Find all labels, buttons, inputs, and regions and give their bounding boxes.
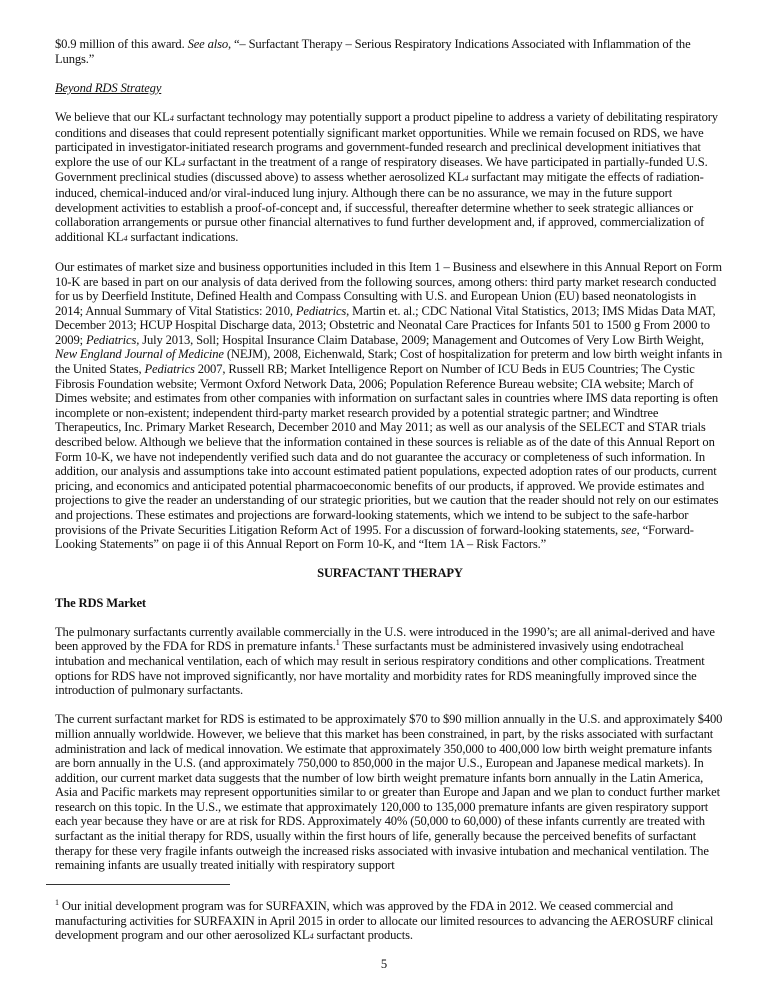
rds-market-subheading: The RDS Market (55, 596, 725, 611)
footnote-divider (46, 884, 230, 885)
intro-paragraph: $0.9 million of this award. See also, “–… (55, 37, 725, 66)
page-number: 5 (0, 957, 768, 972)
document-page: $0.9 million of this award. See also, “–… (55, 37, 725, 887)
rds-paragraph-1: The pulmonary surfactants currently avai… (55, 625, 725, 698)
beyond-rds-heading: Beyond RDS Strategy (55, 81, 725, 96)
footnote: 1 Our initial development program was fo… (55, 899, 725, 944)
section-title: SURFACTANT THERAPY (55, 566, 725, 581)
market-estimates-paragraph: Our estimates of market size and busines… (55, 260, 725, 552)
beyond-rds-paragraph: We believe that our KL4 surfactant techn… (55, 110, 725, 245)
rds-paragraph-2: The current surfactant market for RDS is… (55, 712, 725, 873)
